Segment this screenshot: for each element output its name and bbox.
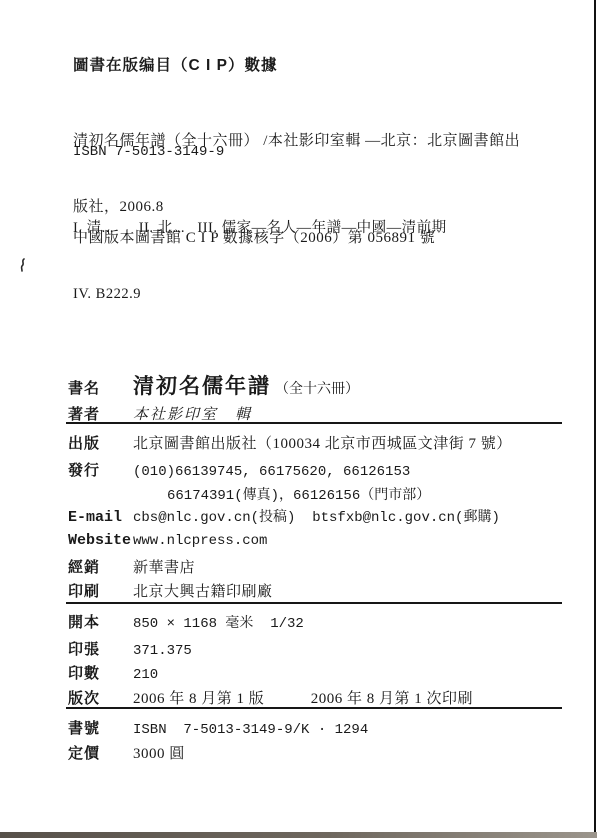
row-value: 66174391(傳真)，66126156（門市部） <box>167 484 430 504</box>
colophon-row-distribution-phones: 發行 (010)66139745, 66175620, 66126153 <box>68 459 410 480</box>
colophon-row-printed-sheets: 印張 371.375 <box>68 638 192 659</box>
row-label: 定價 <box>68 742 133 763</box>
colophon-row-print-run: 印數 210 <box>68 662 158 683</box>
row-value: (010)66139745, 66175620, 66126153 <box>133 464 410 480</box>
colophon-row-book-number: 書號 ISBN 7-5013-3149-9/K · 1294 <box>68 717 368 738</box>
colophon-row-email: E-mail cbs@nlc.gov.cn(投稿) btsfxb@nlc.gov… <box>68 506 500 526</box>
colophon-row-printer: 印刷 北京大興古籍印刷廠 <box>68 580 273 601</box>
cip-heading: 圖書在版编目（C I P）數據 <box>73 53 277 75</box>
colophon-row-edition: 版次 2006 年 8 月第 1 版 2006 年 8 月第 1 次印刷 <box>68 687 473 708</box>
row-value: ISBN 7-5013-3149-9/K · 1294 <box>133 722 368 738</box>
row-label: 開本 <box>68 611 133 632</box>
colophon-row-book-title: 書名 清初名儒年譜 （全十六冊） <box>68 370 359 400</box>
row-label: 書名 <box>68 377 133 398</box>
row-value: 2006 年 8 月第 1 版 2006 年 8 月第 1 次印刷 <box>133 687 473 708</box>
ink-mark-artifact <box>18 258 28 274</box>
row-value: 北京大興古籍印刷廠 <box>133 580 273 601</box>
row-label: 印數 <box>68 662 133 683</box>
row-label: 書號 <box>68 717 133 738</box>
divider-line <box>66 422 562 424</box>
row-label: 版次 <box>68 687 133 708</box>
colophon-row-retailer: 經銷 新華書店 <box>68 556 195 577</box>
row-value: 850 × 1168 毫米 1/32 <box>133 612 304 632</box>
row-label: Website <box>68 532 133 549</box>
cip-classification: I. 清... II. 北... III. 儒家—名人—年譜—中國—清前期 IV… <box>73 173 447 349</box>
row-value: www.nlcpress.com <box>133 533 267 549</box>
book-title: 清初名儒年譜 <box>133 370 271 400</box>
row-label: 印張 <box>68 638 133 659</box>
row-label: 著者 <box>68 403 133 424</box>
page-edge-right <box>594 0 596 838</box>
colophon-row-publisher: 出版 北京圖書館出版社（100034 北京市西城區文津街 7 號） <box>68 432 512 453</box>
row-label: E-mail <box>68 509 133 526</box>
colophon-row-phones-line2: 66174391(傳真)，66126156（門市部） <box>68 484 430 504</box>
row-label: 印刷 <box>68 580 133 601</box>
colophon-row-format: 開本 850 × 1168 毫米 1/32 <box>68 611 304 632</box>
colophon-row-author: 著者 本社影印室 輯 <box>68 403 252 424</box>
cip-record-number: 中國版本圖書館 C I P 數據核字（2006）第 056891 號 <box>73 226 435 247</box>
row-value: cbs@nlc.gov.cn(投稿) btsfxb@nlc.gov.cn(郵購) <box>133 506 500 526</box>
book-title-volume-note: （全十六冊） <box>275 378 359 398</box>
row-label: 出版 <box>68 432 133 453</box>
page-edge-bottom <box>0 832 597 838</box>
row-label: 經銷 <box>68 556 133 577</box>
colophon-row-website: Website www.nlcpress.com <box>68 532 267 549</box>
row-value: 本社影印室 輯 <box>133 403 252 424</box>
colophon-row-price: 定價 3000 圓 <box>68 742 185 763</box>
cip-classification-line2: IV. B222.9 <box>73 283 447 305</box>
row-value: 210 <box>133 667 158 683</box>
row-value: 3000 圓 <box>133 742 185 763</box>
cip-isbn: ISBN 7-5013-3149-9 <box>73 144 224 160</box>
book-copyright-page: 圖書在版编目（C I P）數據 清初名儒年譜（全十六冊） /本社影印室輯 —北京… <box>0 0 597 838</box>
divider-line <box>66 602 562 604</box>
row-value: 北京圖書館出版社（100034 北京市西城區文津街 7 號） <box>133 432 512 453</box>
row-value: 371.375 <box>133 643 192 659</box>
row-value: 新華書店 <box>133 556 195 577</box>
row-label: 發行 <box>68 459 133 480</box>
divider-line <box>66 707 562 709</box>
